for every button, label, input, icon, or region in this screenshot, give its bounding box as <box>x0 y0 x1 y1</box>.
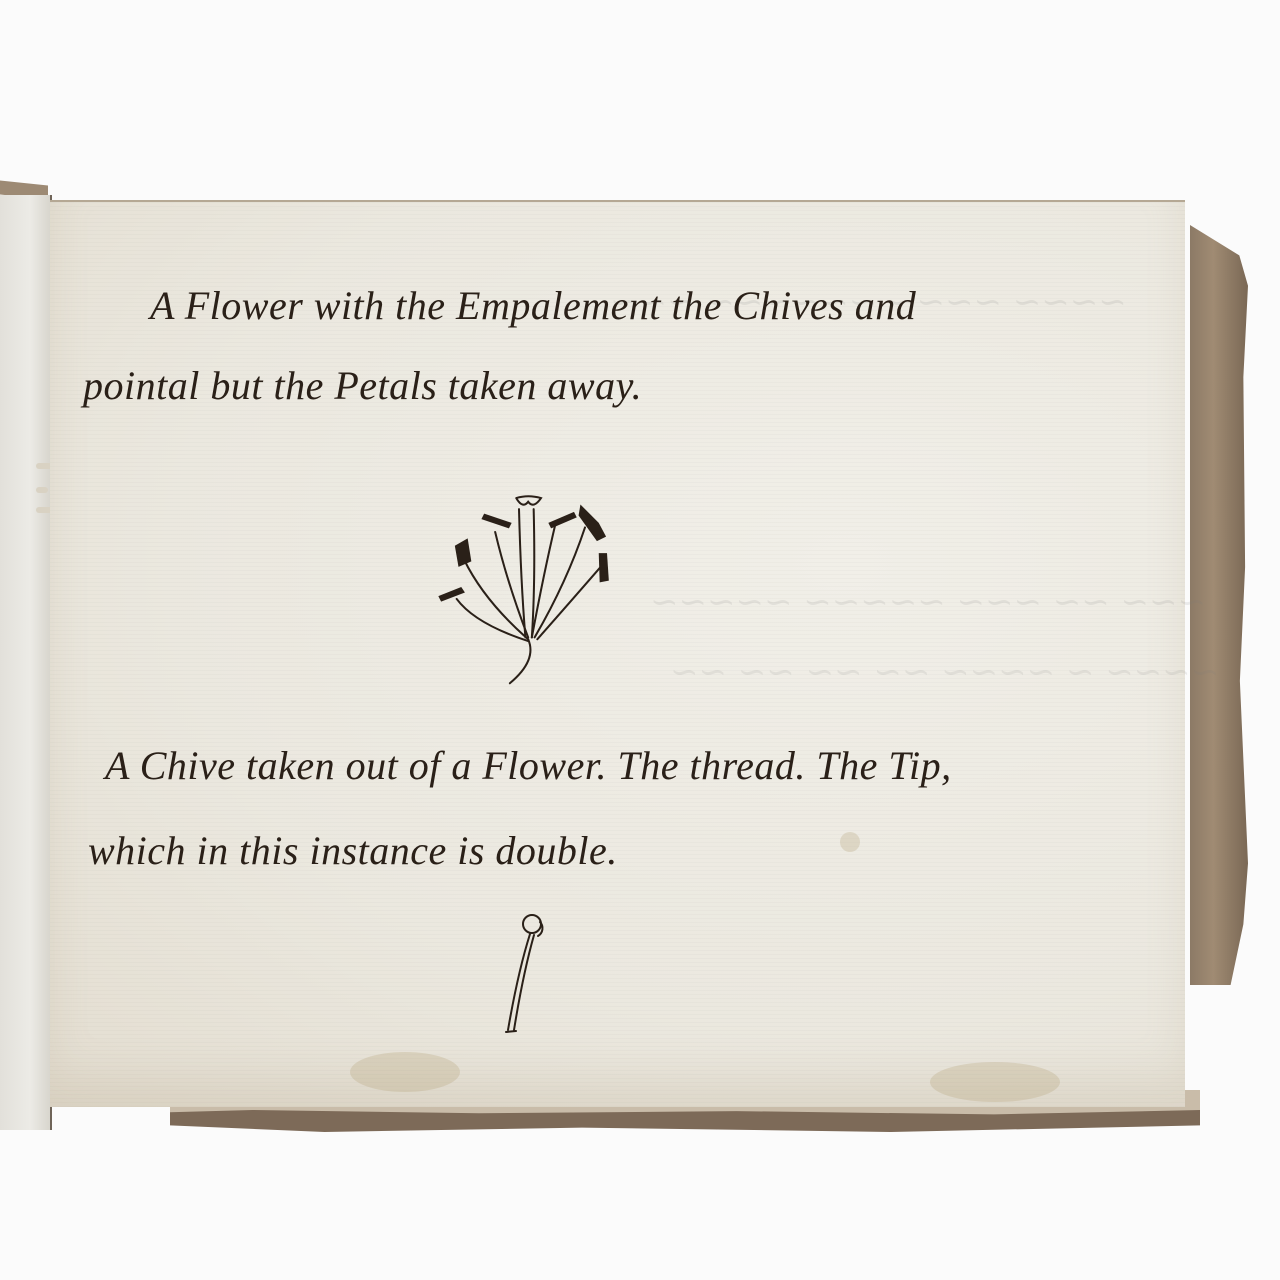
chive-sketch-icon <box>490 912 560 1042</box>
caption-line-4: which in this instance is double. <box>88 827 618 874</box>
caption-line-3: A Chive taken out of a Flower. The threa… <box>105 742 952 789</box>
flower-sketch-icon <box>420 477 640 697</box>
manuscript-page: ~~~~ ~~~~ ~~~~~~ ~~~ ~~~ ~~ ~~~ ~~~~~ ~~… <box>50 200 1185 1107</box>
left-page <box>0 195 52 1130</box>
spine-stitch <box>36 487 48 493</box>
water-stain <box>350 1052 460 1092</box>
water-stain <box>930 1062 1060 1102</box>
bleed-through-text: ~~~ ~~ ~~~ ~~~~~ ~~~~~ <box>650 582 1206 622</box>
caption-line-1: A Flower with the Empalement the Chives … <box>150 282 916 329</box>
back-cover-bottom-edge <box>170 1110 1200 1132</box>
caption-line-2: pointal but the Petals taken away. <box>83 362 642 409</box>
foxing-spot <box>840 832 860 852</box>
bleed-through-text: ~~~~ ~ ~~~~ ~~ ~~ ~~ ~~ <box>670 652 1219 692</box>
photo-scene: ~~~~ ~~~~ ~~~~~~ ~~~ ~~~ ~~ ~~~ ~~~~~ ~~… <box>0 0 1280 1280</box>
